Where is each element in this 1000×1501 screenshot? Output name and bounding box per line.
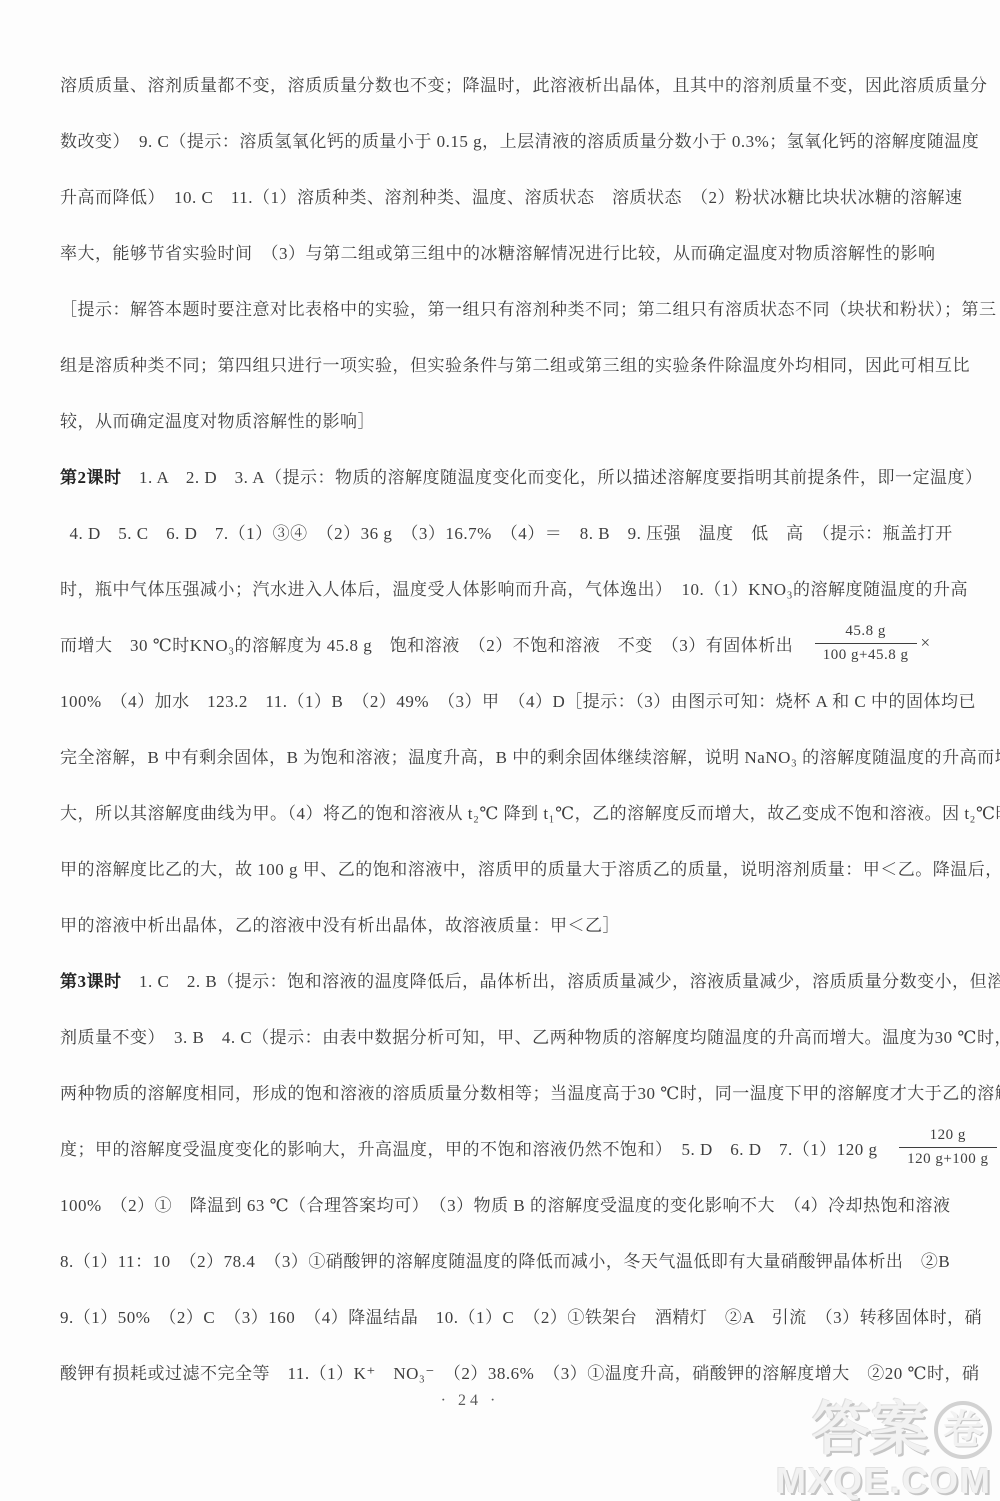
text-line: 组是溶质种类不同；第四组只进行一项实验，但实验条件与第二组或第三组的实验条件除温…: [60, 335, 960, 391]
watermark-circle-icon: 卷: [934, 1401, 992, 1459]
text-line: 数改变） 9. C（提示：溶质氢氧化钙的质量小于 0.15 g，上层清液的溶质质…: [60, 111, 960, 167]
text-line: 两种物质的溶解度相同，形成的饱和溶液的溶质质量分数相等；当温度高于30 ℃时，同…: [60, 1063, 960, 1119]
text-segment: 100% （2）① 降温到 63 ℃（合理答案均可） （3）物质 B 的溶解度受…: [60, 1191, 951, 1216]
watermark: 答案 卷 MXQE.COM: [776, 1401, 992, 1499]
text-segment: 组是溶质种类不同；第四组只进行一项实验，但实验条件与第二组或第三组的实验条件除温…: [60, 351, 970, 376]
text-line: 9.（1）50% （2）C （3）160 （4）降温结晶 10.（1）C （2）…: [60, 1287, 960, 1343]
text-line: 大，所以其溶解度曲线为甲。（4）将乙的饱和溶液从 t₂℃ 降到 t₁℃，乙的溶解…: [60, 783, 960, 839]
text-line: 100% （2）① 降温到 63 ℃（合理答案均可） （3）物质 B 的溶解度受…: [60, 1175, 960, 1231]
text-segment: 9.（1）50% （2）C （3）160 （4）降温结晶 10.（1）C （2）…: [60, 1303, 982, 1328]
watermark-logo: 答案 卷: [776, 1401, 992, 1459]
text-segment: 度；甲的溶解度受温度变化的影响大，升高温度，甲的不饱和溶液仍然不饱和） 5. D…: [60, 1135, 895, 1160]
text-line: 时，瓶中气体压强减小；汽水进入人体后，温度受人体影响而升高，气体逸出） 10.（…: [60, 559, 960, 615]
text-line: 升高而降低） 10. C 11.（1）溶质种类、溶剂种类、温度、溶质状态 溶质状…: [60, 167, 960, 223]
text-segment: 时，瓶中气体压强减小；汽水进入人体后，温度受人体影响而升高，气体逸出） 10.（…: [60, 575, 968, 600]
text-segment: 100% （4）加水 123.2 11.（1）B （2）49% （3）甲 （4）…: [60, 687, 976, 712]
text-line: 8.（1）11：10 （2）78.4 （3）①硝酸钾的溶解度随温度的降低而减小，…: [60, 1231, 960, 1287]
text-segment: ［提示：解答本题时要注意对比表格中的实验，第一组只有溶剂种类不同；第二组只有溶质…: [60, 295, 997, 320]
text-segment: 甲的溶液中析出晶体，乙的溶液中没有析出晶体，故溶液质量：甲＜乙］: [60, 911, 620, 936]
watermark-text: 答案: [812, 1401, 928, 1459]
fraction: 120 g120 g+100 g: [899, 1126, 996, 1169]
text-segment: 而增大 30 ℃时KNO₃的溶解度为 45.8 g 饱和溶液 （2）不饱和溶液 …: [60, 631, 811, 656]
text-line: 第3课时 1. C 2. B（提示：饱和溶液的温度降低后，晶体析出，溶质质量减少…: [60, 951, 960, 1007]
document-lines: 溶质质量、溶剂质量都不变，溶质质量分数也不变；降温时，此溶液析出晶体，且其中的溶…: [60, 55, 960, 1399]
text-line: 第2课时 1. A 2. D 3. A（提示：物质的溶解度随温度变化而变化，所以…: [60, 447, 960, 503]
text-segment: 两种物质的溶解度相同，形成的饱和溶液的溶质质量分数相等；当温度高于30 ℃时，同…: [60, 1079, 1000, 1104]
text-line: ［提示：解答本题时要注意对比表格中的实验，第一组只有溶剂种类不同；第二组只有溶质…: [60, 279, 960, 335]
text-line: 酸钾有损耗或过滤不完全等 11.（1）K⁺ NO₃⁻ （2）38.6% （3）①…: [60, 1343, 960, 1399]
text-segment: 酸钾有损耗或过滤不完全等 11.（1）K⁺ NO₃⁻ （2）38.6% （3）①…: [60, 1359, 980, 1384]
answer-key-page: 溶质质量、溶剂质量都不变，溶质质量分数也不变；降温时，此溶液析出晶体，且其中的溶…: [0, 0, 1000, 1501]
text-line: 甲的溶液中析出晶体，乙的溶液中没有析出晶体，故溶液质量：甲＜乙］: [60, 895, 960, 951]
text-line: 4. D 5. C 6. D 7.（1）③④ （2）36 g （3）16.7% …: [60, 503, 960, 559]
text-segment: 剂质量不变） 3. B 4. C（提示：由表中数据分析可知，甲、乙两种物质的溶解…: [60, 1023, 1000, 1048]
text-line: 较，从而确定温度对物质溶解性的影响］: [60, 391, 960, 447]
text-segment: 8.（1）11：10 （2）78.4 （3）①硝酸钾的溶解度随温度的降低而减小，…: [60, 1247, 950, 1272]
text-segment: 溶质质量、溶剂质量都不变，溶质质量分数也不变；降温时，此溶液析出晶体，且其中的溶…: [60, 71, 988, 96]
watermark-site-text: MXQE.COM: [776, 1463, 992, 1499]
text-segment: 完全溶解，B 中有剩余固体，B 为饱和溶液；温度升高，B 中的剩余固体继续溶解，…: [60, 743, 1000, 768]
text-segment: 大，所以其溶解度曲线为甲。（4）将乙的饱和溶液从 t₂℃ 降到 t₁℃，乙的溶解…: [60, 799, 1000, 824]
text-segment: 较，从而确定温度对物质溶解性的影响］: [60, 407, 375, 432]
section-heading: 第3课时: [60, 967, 122, 992]
text-line: 100% （4）加水 123.2 11.（1）B （2）49% （3）甲 （4）…: [60, 671, 960, 727]
text-line: 溶质质量、溶剂质量都不变，溶质质量分数也不变；降温时，此溶液析出晶体，且其中的溶…: [60, 55, 960, 111]
fraction: 45.8 g100 g+45.8 g: [815, 622, 917, 665]
section-heading: 第2课时: [60, 463, 122, 488]
text-segment: 甲的溶解度比乙的大，故 100 g 甲、乙的饱和溶液中，溶质甲的质量大于溶质乙的…: [60, 855, 1000, 880]
text-line: 完全溶解，B 中有剩余固体，B 为饱和溶液；温度升高，B 中的剩余固体继续溶解，…: [60, 727, 960, 783]
text-segment: ×: [921, 633, 931, 653]
text-line: 剂质量不变） 3. B 4. C（提示：由表中数据分析可知，甲、乙两种物质的溶解…: [60, 1007, 960, 1063]
text-line: 甲的溶解度比乙的大，故 100 g 甲、乙的饱和溶液中，溶质甲的质量大于溶质乙的…: [60, 839, 960, 895]
text-segment: 升高而降低） 10. C 11.（1）溶质种类、溶剂种类、温度、溶质状态 溶质状…: [60, 183, 962, 208]
text-line: 度；甲的溶解度受温度变化的影响大，升高温度，甲的不饱和溶液仍然不饱和） 5. D…: [60, 1119, 960, 1175]
text-segment: 1. A 2. D 3. A（提示：物质的溶解度随温度变化而变化，所以描述溶解度…: [122, 463, 983, 488]
text-segment: 率大，能够节省实验时间 （3）与第二组或第三组中的冰糖溶解情况进行比较，从而确定…: [60, 239, 936, 264]
text-line: 而增大 30 ℃时KNO₃的溶解度为 45.8 g 饱和溶液 （2）不饱和溶液 …: [60, 615, 960, 671]
text-segment: 4. D 5. C 6. D 7.（1）③④ （2）36 g （3）16.7% …: [60, 519, 953, 544]
text-segment: 1. C 2. B（提示：饱和溶液的温度降低后，晶体析出，溶质质量减少，溶液质量…: [122, 967, 1000, 992]
text-segment: 数改变） 9. C（提示：溶质氢氧化钙的质量小于 0.15 g，上层清液的溶质质…: [60, 127, 979, 152]
text-line: 率大，能够节省实验时间 （3）与第二组或第三组中的冰糖溶解情况进行比较，从而确定…: [60, 223, 960, 279]
